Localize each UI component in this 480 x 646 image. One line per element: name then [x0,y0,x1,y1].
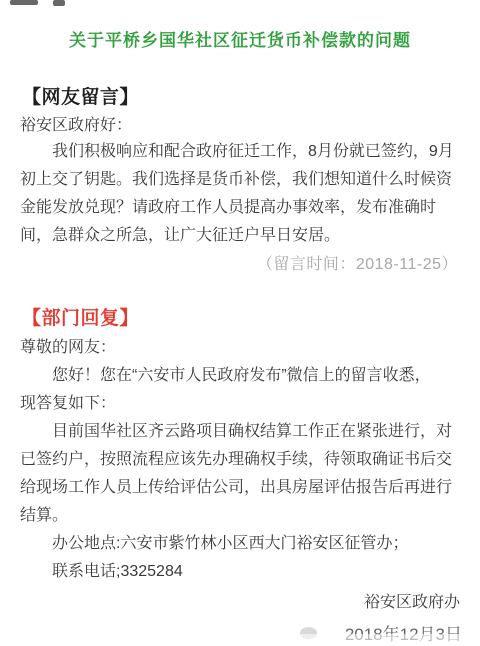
reply-line: 结算。 [20,502,462,530]
cropped-text-remnant [53,0,65,6]
page-title: 关于平桥乡国华社区征迁货币补偿款的问题 [0,26,480,51]
reply-signature: 裕安区政府办 [364,589,460,612]
reply-line: 目前国华社区齐云路项目确权结算工作正在紧张进行，对 [20,418,462,446]
reply-office-address: 办公地点:六安市紫竹林小区西大门裕安区征管办； [20,530,462,558]
reply-salutation: 尊敬的网友： [20,336,116,360]
cropped-text-remnant [10,0,38,5]
message-timestamp: （留言时间：2018-11-25） [257,251,458,274]
reply-line: 已签约户，按照流程应该先办理确权手续，待领取确证书后交 [20,446,462,474]
message-line: 间，急群众之所急，让广大征迁户早日安居。 [20,222,462,250]
department-reply-header: 【部门回复】 [22,303,139,330]
reply-body: 您好！您在“六安市人民政府发布”微信上的留言收悉， 现答复如下： 目前国华社区齐… [20,362,462,586]
reply-line: 您好！您在“六安市人民政府发布”微信上的留言收悉， [20,362,462,390]
netizen-message-header: 【网友留言】 [22,82,139,109]
watermark-overlay [290,634,480,646]
message-line: 初上交了钥匙。我们选择是货币补偿，我们想知道什么时候资 [20,166,462,194]
message-salutation: 裕安区政府好： [20,114,132,138]
reply-line: 现答复如下： [20,390,462,418]
document-page: 关于平桥乡国华社区征迁货币补偿款的问题 【网友留言】 裕安区政府好： 我们积极响… [0,0,480,646]
message-line: 我们积极响应和配合政府征迁工作，8月份就已签约，9月 [20,138,462,166]
reply-contact-phone: 联系电话;3325284 [20,558,462,586]
message-line: 金能发放兑现？请政府工作人员提高办事效率，发布准确时 [20,194,462,222]
message-body: 我们积极响应和配合政府征迁工作，8月份就已签约，9月 初上交了钥匙。我们选择是货… [20,138,462,250]
reply-line: 给现场工作人员上传给评估公司，出具房屋评估报告后再进行 [20,474,462,502]
